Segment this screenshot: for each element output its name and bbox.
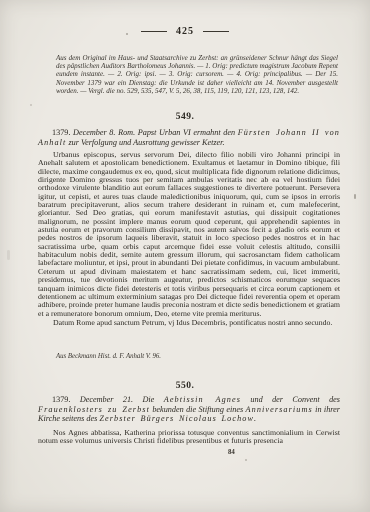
entry-550-body-block: Nos Agnes abbatissa, Katherina priorissa…: [38, 429, 340, 446]
entry-549-heading-text: December 8. Rom. Papst Urban VI ermahnt …: [73, 128, 238, 137]
source-note: Aus dem Original im Haus- und Staatsarch…: [56, 54, 338, 95]
scan-smudge: [7, 250, 10, 260]
entry-550-heading-name1: Aebtissin Agnes: [164, 395, 241, 404]
entry-549-citation: Aus Beckmann Hist. d. F. Anhalt V. 96.: [56, 353, 161, 360]
entry-550-heading: 1379. December 21. Die Aebtissin Agnes u…: [38, 395, 340, 424]
entry-549-number: 549.: [0, 112, 370, 122]
entry-550-heading-period: .: [254, 414, 256, 423]
page-header: 425: [0, 26, 370, 37]
entry-550-heading-t3: bekunden die Stiftung eines: [150, 405, 246, 414]
scan-speck: [30, 104, 32, 106]
entry-550-heading-year: 1379.: [52, 395, 80, 404]
entry-549-heading-rest: zur Verfolgung und Ausrottung gewisser K…: [66, 138, 224, 147]
signature-mark: 84: [228, 449, 235, 456]
scan-speck: [354, 194, 356, 199]
scan-speck: [126, 33, 128, 35]
entry-550-heading-name2: Frauenklosters zu Zerbst: [38, 405, 150, 414]
entry-549-body: Urbanus episcopus, servus servorum Dei, …: [38, 151, 340, 318]
entry-550-heading-t2: und der Convent des: [241, 395, 340, 404]
entry-549-datum: Datum Rome apud sanctum Petrum, vj Idus …: [38, 319, 340, 327]
header-rule-right: [203, 31, 229, 33]
header-rule-left: [141, 31, 167, 33]
scanned-document-page: 425 Aus dem Original im Haus- und Staats…: [0, 0, 370, 512]
entry-550-number: 550.: [0, 381, 370, 391]
entry-549-heading: 1379. December 8. Rom. Papst Urban VI er…: [38, 128, 340, 147]
page-number: 425: [176, 26, 194, 37]
entry-549-body-block: Urbanus episcopus, servus servorum Dei, …: [38, 151, 340, 327]
entry-549-heading-year: 1379.: [52, 128, 73, 137]
entry-550-heading-name4: Zerbster Bürgers Nicolaus Lochow: [99, 414, 254, 423]
entry-550-heading-t1: December 21. Die: [80, 395, 164, 404]
entry-550-body: Nos Agnes abbatissa, Katherina priorissa…: [38, 429, 340, 446]
scan-speck: [245, 459, 247, 461]
entry-550-heading-name3: Anniversariums: [246, 405, 313, 414]
